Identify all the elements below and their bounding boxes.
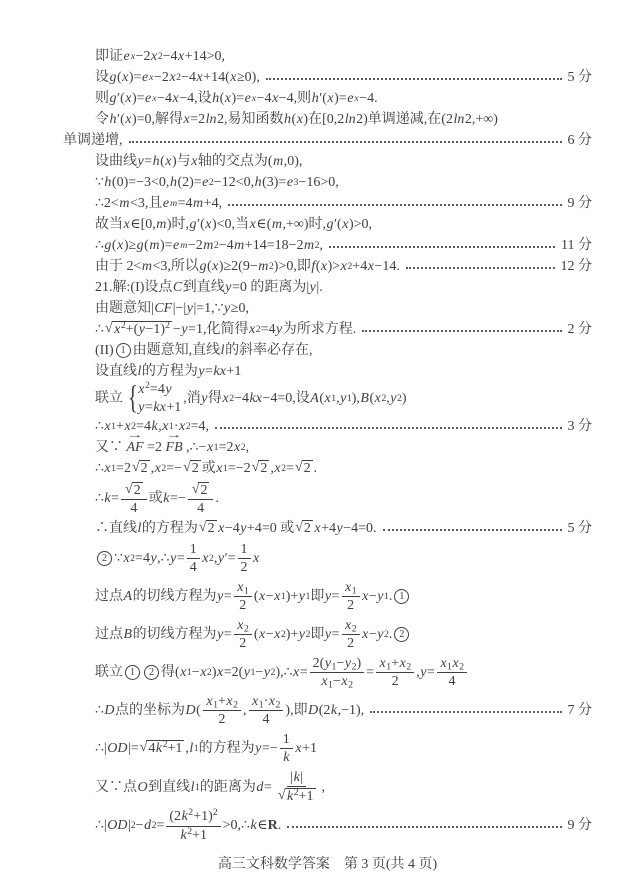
math-line: 设曲线 y=h(x)与 x 轴的交点为(m,0), xyxy=(63,151,592,172)
math-line: 联立12得(x1−x2)x=2(y1−y2),∴x=2(y1−y2)x1−x2=… xyxy=(63,654,592,692)
math-text: 21.解:(I)设点 C 到直线 y=0 的距离为|y|. xyxy=(95,278,323,298)
vector-arrow: →AF xyxy=(126,438,144,458)
math-text: ∴直线 l 的方程为√2x−4y+4=0 或√2x+4y−4=0. xyxy=(95,519,377,539)
math-text: 由题意知|CF|−|y|=1,∵y≥0, xyxy=(95,299,249,319)
math-text: ∴|OD|=√4k2+1,l1 的方程为 y=−1kx+1 xyxy=(95,730,317,768)
math-line: 设 g(x)=ex−2x2−4x+14(x≥0),5 分 xyxy=(63,67,592,88)
answer-sheet: 即证 ex−2x2−4x+14>0,设 g(x)=ex−2x2−4x+14(x≥… xyxy=(0,0,640,873)
math-text: 联立{x2=4yy=kx+1,消 y 得 x2−4kx−4=0,设 A(x1,y… xyxy=(95,382,407,417)
dot-leader xyxy=(129,141,562,143)
math-line: 由于 2<m<3,所以 g(x)≥2(9−m2)>0,即 f(x)>x2+4x−… xyxy=(63,256,592,277)
score-marker: 2 分 xyxy=(568,320,593,340)
math-text: 设直线 l 的方程为 y=kx+1 xyxy=(95,362,241,382)
math-text: ∴2<m<3,且 em=4m+4, xyxy=(95,194,222,214)
math-text: ∴g(x)≥g(m)=em−2m2−4m+14=18−2m2, xyxy=(95,236,323,256)
math-line: 过点 A 的切线方程为 y=x12(x−x1)+y1 即 y=x12x−y1.1 xyxy=(63,578,592,616)
math-line: ∴√x2+(y−1)2−y=1,化简得 x2=4y 为所求方程.2 分 xyxy=(63,319,592,340)
circled-number: 2 xyxy=(144,665,159,680)
circled-number: 2 xyxy=(97,551,112,566)
math-line: ∵h(0)=−3<0,h(2)=e2−12<0,h(3)=e3−16>0, xyxy=(63,172,592,193)
circled-number: 2 xyxy=(394,627,409,642)
dot-leader xyxy=(383,529,562,531)
math-line: 由题意知|CF|−|y|=1,∵y≥0, xyxy=(63,298,592,319)
math-text: 又∵→AF=2 →FB,∴−x1=2x2, xyxy=(95,438,249,458)
math-text: ∴x1+x2=4k,x1·x2=4, xyxy=(95,417,209,437)
math-line: 设直线 l 的方程为 y=kx+1 xyxy=(63,361,592,382)
math-line: ∴D 点的坐标为 D(x1+x22,x1·x24),即 D(2k,−1),7 分 xyxy=(63,692,592,730)
footer-page-number: 第 3 页(共 4 页) xyxy=(344,853,437,873)
vector-arrow: →FB xyxy=(165,438,183,458)
math-line: 又∵→AF=2 →FB,∴−x1=2x2, xyxy=(63,438,592,459)
math-text: ∴x1=2√2,x2=−√2 或 x1=−2√2,x2=√2. xyxy=(95,459,317,479)
math-line: 令 h′(x)=0,解得 x=2ln2,易知函数 h(x)在[0,2ln2)单调… xyxy=(63,109,592,130)
math-line: ∴直线 l 的方程为√2x−4y+4=0 或√2x+4y−4=0.5 分 xyxy=(63,519,592,540)
score-marker: 9 分 xyxy=(568,816,593,836)
math-line: ∴2<m<3,且 em=4m+4,9 分 xyxy=(63,193,592,214)
math-line: ∴g(x)≥g(m)=em−2m2−4m+14=18−2m2,11 分 xyxy=(63,235,592,256)
dot-leader xyxy=(370,711,561,713)
score-marker: 11 分 xyxy=(561,236,592,256)
math-text: 2∵x2=4y,∴y=14x2,y′=12x xyxy=(95,540,260,578)
math-line: 单调递增,6 分 xyxy=(63,130,592,151)
dot-leader xyxy=(266,78,562,80)
math-text: 即证 ex−2x2−4x+14>0, xyxy=(95,47,225,67)
math-line: 2∵x2=4y,∴y=14x2,y′=12x xyxy=(63,540,592,578)
math-text: 由于 2<m<3,所以 g(x)≥2(9−m2)>0,即 f(x)>x2+4x−… xyxy=(95,257,400,277)
math-text: 过点 A 的切线方程为 y=x12(x−x1)+y1 即 y=x12x−y1.1 xyxy=(95,578,411,616)
system-brace: { xyxy=(128,384,138,414)
score-marker: 5 分 xyxy=(568,68,593,88)
score-marker: 7 分 xyxy=(568,701,593,721)
math-text: ∴√x2+(y−1)2−y=1,化简得 x2=4y 为所求方程. xyxy=(95,320,356,340)
math-text: 设曲线 y=h(x)与 x 轴的交点为(m,0), xyxy=(95,152,302,172)
score-marker: 5 分 xyxy=(568,519,593,539)
math-line: ∴k=√24或 k=−√24. xyxy=(63,480,592,519)
math-text: 过点 B 的切线方程为 y=x22(x−x2)+y2 即 y=x22x−y2.2 xyxy=(95,616,411,654)
math-line: ∴|OD|2−d2=(2k2+1)2k2+1>0,∴k∈R.9 分 xyxy=(63,807,592,845)
dot-leader xyxy=(287,826,561,828)
math-text: 联立12得(x1−x2)x=2(y1−y2),∴x=2(y1−y2)x1−x2=… xyxy=(95,654,469,692)
dot-leader xyxy=(215,427,561,429)
math-text: 设 g(x)=ex−2x2−4x+14(x≥0), xyxy=(95,68,260,88)
math-text: ∴k=√24或 k=−√24. xyxy=(95,480,219,519)
math-line: 即证 ex−2x2−4x+14>0, xyxy=(63,46,592,67)
math-text: (II)1由题意知,直线 l 的斜率必存在, xyxy=(95,341,313,361)
math-line: 联立{x2=4yy=kx+1,消 y 得 x2−4kx−4=0,设 A(x1,y… xyxy=(63,382,592,417)
score-marker: 6 分 xyxy=(568,131,593,151)
scanned-answer-page: { "page": { "background": "#ffffff", "in… xyxy=(0,0,640,887)
math-line: (II)1由题意知,直线 l 的斜率必存在, xyxy=(63,340,592,361)
circled-number: 1 xyxy=(125,665,140,680)
dot-leader xyxy=(406,267,555,269)
math-text: ∵h(0)=−3<0,h(2)=e2−12<0,h(3)=e3−16>0, xyxy=(95,173,339,193)
score-marker: 3 分 xyxy=(568,417,593,437)
footer-title: 高三文科数学答案 xyxy=(218,853,330,873)
score-marker: 9 分 xyxy=(568,194,593,214)
math-text: ∴D 点的坐标为 D(x1+x22,x1·x24),即 D(2k,−1), xyxy=(95,692,364,730)
page-footer: 高三文科数学答案 第 3 页(共 4 页) xyxy=(63,853,592,873)
circled-number: 1 xyxy=(394,589,409,604)
math-text: 则 g′(x)=ex−4x−4,设 h(x)=ex−4x−4,则 h′(x)=e… xyxy=(95,89,378,109)
math-text: 令 h′(x)=0,解得 x=2ln2,易知函数 h(x)在[0,2ln2)单调… xyxy=(95,110,498,130)
math-text: 单调递增, xyxy=(63,131,123,151)
math-line: ∴|OD|=√4k2+1,l1 的方程为 y=−1kx+1 xyxy=(63,730,592,768)
dot-leader xyxy=(329,246,555,248)
score-marker: 12 分 xyxy=(561,257,593,277)
math-line: 过点 B 的切线方程为 y=x22(x−x2)+y2 即 y=x22x−y2.2 xyxy=(63,616,592,654)
math-line: ∴x1=2√2,x2=−√2 或 x1=−2√2,x2=√2. xyxy=(63,459,592,480)
dot-leader xyxy=(228,204,561,206)
dot-leader xyxy=(362,330,561,332)
math-line: 则 g′(x)=ex−4x−4,设 h(x)=ex−4x−4,则 h′(x)=e… xyxy=(63,88,592,109)
math-text: 故当 x∈[0,m)时,g′(x)<0,当 x∈(m,+∞)时,g′(x)>0, xyxy=(95,215,372,235)
math-line: 21.解:(I)设点 C 到直线 y=0 的距离为|y|. xyxy=(63,277,592,298)
math-line: 又∵点 O 到直线 l1 的距离为 d=|k|√k2+1, xyxy=(63,768,592,807)
math-text: 又∵点 O 到直线 l1 的距离为 d=|k|√k2+1, xyxy=(95,768,325,807)
circled-number: 1 xyxy=(116,343,131,358)
math-text: ∴|OD|2−d2=(2k2+1)2k2+1>0,∴k∈R. xyxy=(95,807,281,845)
answer-lines: 即证 ex−2x2−4x+14>0,设 g(x)=ex−2x2−4x+14(x≥… xyxy=(63,46,592,845)
math-line: 故当 x∈[0,m)时,g′(x)<0,当 x∈(m,+∞)时,g′(x)>0, xyxy=(63,214,592,235)
